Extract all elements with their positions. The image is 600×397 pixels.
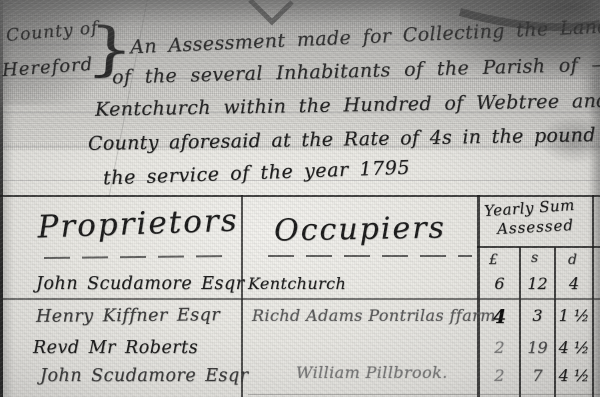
column-pence-symbol: d bbox=[568, 252, 577, 268]
shillings-cell: 3 bbox=[521, 306, 554, 325]
table-top-border bbox=[0, 195, 600, 197]
shillings-cell: 19 bbox=[521, 338, 554, 357]
sum-subheader-line bbox=[477, 246, 600, 248]
table-row: Revd Mr Roberts 2 19 4 ½ bbox=[0, 336, 600, 366]
underline-proprietors bbox=[44, 255, 234, 259]
document-page: County of Hereford } An Assessment made … bbox=[0, 0, 600, 397]
pence-cell: 1 ½ bbox=[556, 306, 592, 325]
shillings-cell: 7 bbox=[521, 366, 554, 385]
table-row: Henry Kiffner Esqr Richd Adams Pontrilas… bbox=[0, 304, 600, 334]
pence-cell: 4 ½ bbox=[556, 366, 592, 385]
proprietor-cell: John Scudamore Esqr bbox=[40, 366, 249, 386]
proprietor-cell: John Scudamore Esqr bbox=[36, 274, 245, 294]
header-occupiers: Occupiers bbox=[243, 210, 478, 249]
shillings-cell: 12 bbox=[521, 274, 554, 293]
title-line-4: County aforesaid at the Rate of 4s in th… bbox=[88, 123, 600, 155]
title-line-2: of the several Inhabitants of the Parish… bbox=[112, 53, 600, 88]
occupier-cell: Kentchurch bbox=[248, 274, 346, 293]
table-row: John Scudamore Esqr William Pillbrook. 2… bbox=[0, 364, 600, 394]
occupier-cell: Richd Adams Pontrilas ffarm bbox=[252, 306, 496, 325]
pounds-cell: 6 bbox=[480, 274, 519, 293]
pounds-cell: 4 bbox=[480, 306, 519, 328]
title-line-3: Kentchurch within the Hundred of Webtree… bbox=[95, 89, 600, 121]
title-line-5: the service of the year 1795 bbox=[103, 157, 411, 190]
column-shillings-symbol: s bbox=[531, 250, 538, 266]
table-row: John Scudamore Esqr Kentchurch 6 12 4 bbox=[0, 272, 600, 302]
header-proprietors: Proprietors bbox=[34, 202, 241, 245]
pounds-cell: 2 bbox=[480, 338, 519, 357]
pence-cell: 4 ½ bbox=[556, 338, 592, 357]
pounds-cell: 2 bbox=[480, 366, 519, 385]
column-pounds-symbol: £ bbox=[489, 252, 498, 268]
pence-cell: 4 bbox=[556, 274, 592, 293]
header-assessed: Assessed bbox=[497, 216, 575, 238]
bottom-partial-line bbox=[248, 394, 600, 395]
proprietor-cell: Henry Kiffner Esqr bbox=[36, 305, 220, 327]
underline-occupiers bbox=[268, 255, 472, 257]
proprietor-cell: Revd Mr Roberts bbox=[33, 338, 198, 358]
occupier-cell: William Pillbrook. bbox=[296, 363, 448, 382]
